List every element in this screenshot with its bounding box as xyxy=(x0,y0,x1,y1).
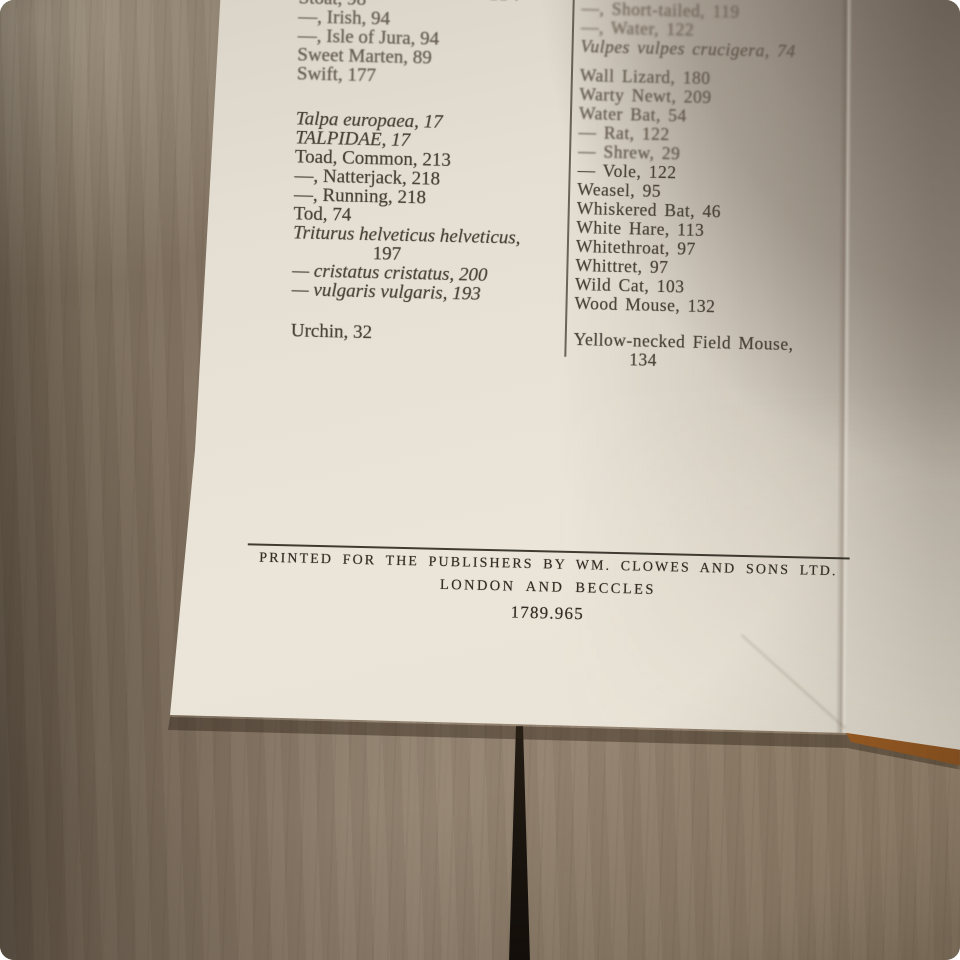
printer-imprint: PRINTED FOR THE PUBLISHERS BY WM. CLOWES… xyxy=(246,543,850,630)
index-column-right: —, Short-tailed, 119—, Water, 122Vulpes … xyxy=(573,0,882,375)
printed-text: 134 Stoat, 98—, Irish, 94—, Isle of Jura… xyxy=(267,0,943,699)
photo-scene: 134 Stoat, 98—, Irish, 94—, Isle of Jura… xyxy=(0,0,960,960)
index-column-left: Stoat, 98—, Irish, 94—, Isle of Jura, 94… xyxy=(291,0,581,347)
imprint-number-line: 1789.965 xyxy=(246,596,848,630)
